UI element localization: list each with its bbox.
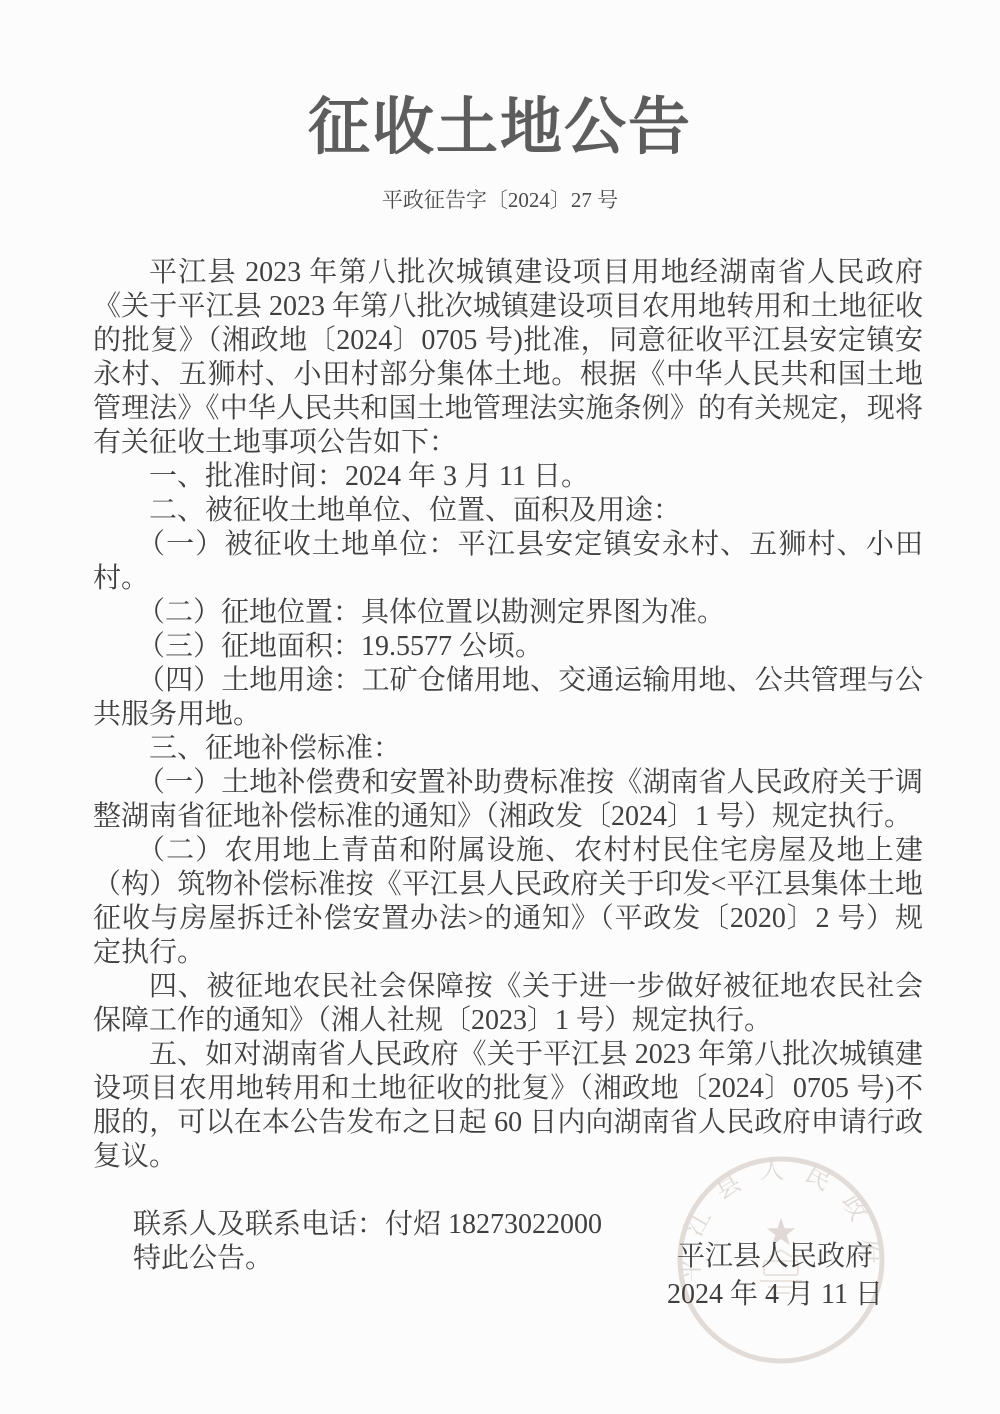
body-paragraph: 一、批准时间：2024 年 3 月 11 日。 [93,460,923,494]
body-paragraph: （一）被征收土地单位：平江县安定镇安永村、五狮村、小田村。 [93,528,923,596]
issuer-name: 平江县人民政府 [620,1238,930,1276]
body-paragraph: （三）征地面积：19.5577 公顷。 [93,630,923,664]
issue-date: 2024 年 4 月 11 日 [620,1276,930,1314]
signature-block: 平江县人民政府 2024 年 4 月 11 日 [620,1238,930,1314]
body-paragraph: 平江县 2023 年第八批次城镇建设项目用地经湖南省人民政府《关于平江县 202… [93,256,923,460]
document-title: 征收土地公告 [0,92,1000,164]
body-paragraph: （四）土地用途：工矿仓储用地、交通运输用地、公共管理与公共服务用地。 [93,664,923,732]
body-paragraph: （一）土地补偿费和安置补助费标准按《湖南省人民政府关于调整湖南省征地补偿标准的通… [93,766,923,834]
body-paragraph: （二）征地位置：具体位置以勘测定界图为准。 [93,596,923,630]
body-paragraph: （二）农用地上青苗和附属设施、农村村民住宅房屋及地上建（构）筑物补偿标准按《平江… [93,834,923,970]
document-body: 平江县 2023 年第八批次城镇建设项目用地经湖南省人民政府《关于平江县 202… [93,256,923,1276]
body-paragraph: 三、征地补偿标准： [93,732,923,766]
body-paragraph: 四、被征地农民社会保障按《关于进一步做好被征地农民社会保障工作的通知》（湘人社规… [93,970,923,1038]
body-paragraph: 二、被征收土地单位、位置、面积及用途： [93,494,923,528]
document-page: 征收土地公告 平政征告字〔2024〕27 号 平江县 2023 年第八批次城镇建… [0,0,1000,1414]
document-number: 平政征告字〔2024〕27 号 [0,186,1000,214]
